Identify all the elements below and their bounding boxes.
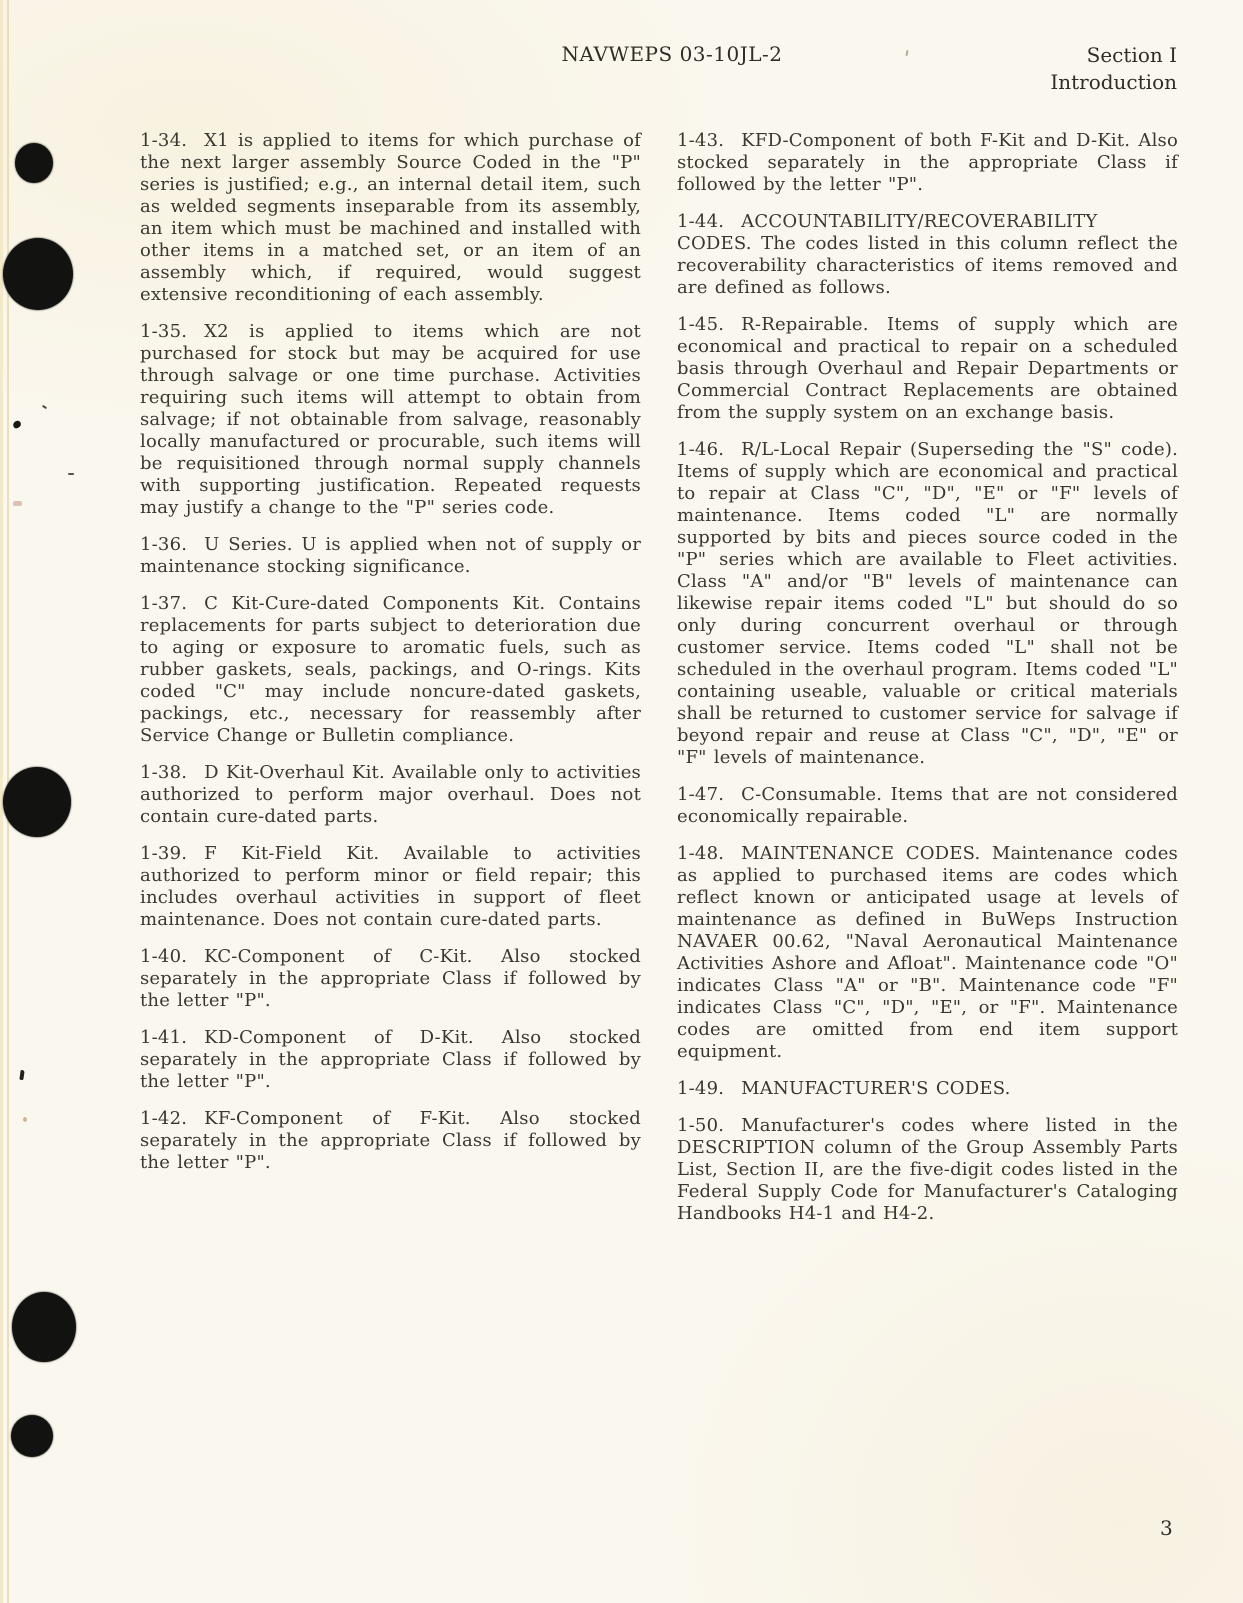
paragraph-text: MANUFACTURER'S CODES. [741,1078,1010,1099]
paragraph-1-42: 1-42.KF-Component of F-Kit. Also stocked… [140,1108,641,1174]
paragraph-text: F Kit-Field Kit. Available to activities… [140,843,641,930]
paragraph-number: 1-49. [677,1078,724,1099]
right-column: 1-43.KFD-Component of both F-Kit and D-K… [677,130,1178,1240]
subsection-label: Introduction [1050,69,1177,96]
document-number: NAVWEPS 03-10JL-2 [172,42,1172,66]
paragraph-number: 1-50. [677,1115,724,1136]
binding-blot [15,143,53,183]
paragraph-1-45: 1-45.R-Repairable. Items of supply which… [677,314,1178,424]
paragraph-text: X1 is applied to items for which purchas… [140,130,641,305]
paragraph-number: 1-41. [140,1027,187,1048]
paragraph-number: 1-43. [677,130,724,151]
paragraph-number: 1-35. [140,321,187,342]
section-label: Section I [1050,42,1177,69]
paragraph-number: 1-39. [140,843,187,864]
section-heading: Section I Introduction [1050,42,1177,96]
scan-speck [19,1070,24,1080]
paragraph-1-38: 1-38.D Kit-Overhaul Kit. Available only … [140,762,641,828]
paragraph-text: R/L-Local Repair (Superseding the "S" co… [677,439,1178,768]
paragraph-1-34: 1-34.X1 is applied to items for which pu… [140,130,641,306]
paragraph-text: C Kit-Cure-dated Components Kit. Contain… [140,593,641,746]
paragraph-number: 1-45. [677,314,724,335]
paragraph-1-46: 1-46.R/L-Local Repair (Superseding the "… [677,439,1178,769]
paragraph-1-49: 1-49.MANUFACTURER'S CODES. [677,1078,1178,1100]
paragraph-number: 1-42. [140,1108,187,1129]
paragraph-1-39: 1-39.F Kit-Field Kit. Available to activ… [140,843,641,931]
paragraph-number: 1-46. [677,439,724,460]
paragraph-1-40: 1-40.KC-Component of C-Kit. Also stocked… [140,946,641,1012]
paragraph-number: 1-37. [140,593,187,614]
left-column: 1-34.X1 is applied to items for which pu… [140,130,641,1189]
paragraph-text: KC-Component of C-Kit. Also stocked sepa… [140,946,641,1011]
paragraph-text: X2 is applied to items which are not pur… [140,321,641,518]
paragraph-text: KD-Component of D-Kit. Also stocked sepa… [140,1027,641,1092]
scan-speck [68,473,74,475]
binding-blot [3,767,71,837]
paragraph-text: ACCOUNTABILITY/RECOVERABILITY CODES. The… [677,211,1178,298]
paragraph-text: Manufacturer's codes where listed in the… [677,1115,1178,1224]
paragraph-1-44: 1-44.ACCOUNTABILITY/RECOVERABILITY CODES… [677,211,1178,299]
paragraph-text: D Kit-Overhaul Kit. Available only to ac… [140,762,641,827]
scan-speck [42,405,47,410]
binding-blot [11,1415,53,1457]
scan-speck [12,420,22,430]
paragraph-1-37: 1-37.C Kit-Cure-dated Components Kit. Co… [140,593,641,747]
paragraph-1-41: 1-41.KD-Component of D-Kit. Also stocked… [140,1027,641,1093]
binding-blot [3,238,73,310]
paragraph-number: 1-36. [140,534,187,555]
binding-blot [12,1292,76,1362]
paragraph-text: KF-Component of F-Kit. Also stocked sepa… [140,1108,641,1173]
scan-speck [23,1117,27,1122]
paragraph-1-47: 1-47.C-Consumable. Items that are not co… [677,784,1178,828]
paragraph-text: MAINTENANCE CODES. Maintenance codes as … [677,843,1178,1062]
paragraph-1-35: 1-35.X2 is applied to items which are no… [140,321,641,519]
paragraph-1-48: 1-48.MAINTENANCE CODES. Maintenance code… [677,843,1178,1063]
paragraph-text: U Series. U is applied when not of suppl… [140,534,641,577]
paragraph-text: R-Repairable. Items of supply which are … [677,314,1178,423]
paragraph-number: 1-38. [140,762,187,783]
paragraph-1-36: 1-36.U Series. U is applied when not of … [140,534,641,578]
paragraph-number: 1-44. [677,211,724,232]
paragraph-number: 1-48. [677,843,724,864]
page-number: 3 [1160,1516,1173,1540]
paragraph-1-43: 1-43.KFD-Component of both F-Kit and D-K… [677,130,1178,196]
scanned-manual-page: NAVWEPS 03-10JL-2 Section I Introduction… [0,0,1243,1603]
paragraph-1-50: 1-50.Manufacturer's codes where listed i… [677,1115,1178,1225]
scan-speck [13,501,22,506]
paragraph-number: 1-34. [140,130,187,151]
paragraph-text: C-Consumable. Items that are not conside… [677,784,1178,827]
paragraph-text: KFD-Component of both F-Kit and D-Kit. A… [677,130,1178,195]
paragraph-number: 1-40. [140,946,187,967]
paragraph-number: 1-47. [677,784,724,805]
